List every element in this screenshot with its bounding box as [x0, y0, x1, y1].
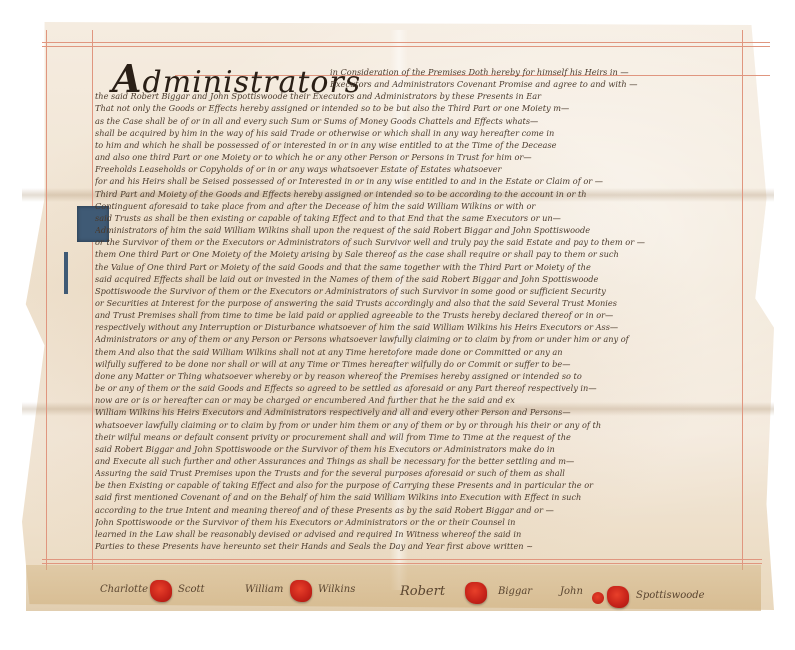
signature: Scott — [178, 584, 205, 595]
text-line: the Value of One third Part or Moiety of… — [95, 261, 735, 273]
text-line: Spottiswoode the Survivor of them or the… — [95, 285, 735, 297]
text-line: John Spottiswoode or the Survivor of the… — [95, 516, 735, 528]
text-line: for and his Heirs shall be Seised posses… — [95, 175, 735, 187]
text-line: said Trusts as shall be then existing or… — [95, 212, 735, 224]
signature: Charlotte — [100, 584, 148, 595]
text-line: Third Part and Moiety of the Goods and E… — [95, 188, 735, 200]
text-line: and Trust Premises shall from time to ti… — [95, 309, 735, 321]
signature: John — [560, 586, 583, 597]
wax-seal — [465, 582, 487, 604]
signature: Wilkins — [318, 584, 355, 595]
ruling-line-bottom — [42, 559, 762, 560]
text-line: the said Robert Biggar and John Spottisw… — [95, 90, 735, 102]
ruling-line-top — [42, 42, 770, 43]
text-line: Continguent aforesaid to take place from… — [95, 200, 735, 212]
text-line: Executors and Administrators Covenant Pr… — [95, 78, 735, 90]
text-line: Parties to these Presents have hereunto … — [95, 540, 735, 552]
text-line: That not only the Goods or Effects hereb… — [95, 102, 735, 114]
text-line: learned in the Law shall be reasonably d… — [95, 528, 735, 540]
ruling-line-right — [742, 30, 743, 570]
text-line: and also one third Part or one Moiety or… — [95, 151, 735, 163]
text-line: be or any of them or the said Goods and … — [95, 382, 735, 394]
ruling-line-top — [42, 46, 770, 47]
text-line: Administrators of him the said William W… — [95, 224, 735, 236]
text-line: Freeholds Leaseholds or Copyholds of or … — [95, 163, 735, 175]
text-line: respectively without any Interruption or… — [95, 321, 735, 333]
signature: Spottiswoode — [636, 590, 705, 601]
wax-seal — [290, 580, 312, 602]
text-line: them One third Part or One Moiety of the… — [95, 248, 735, 260]
text-line: in Consideration of the Premises Doth he… — [95, 66, 735, 78]
signature: Biggar — [498, 586, 532, 597]
ruling-line-left-margin — [92, 30, 93, 570]
text-line: or Securities at Interest for the purpos… — [95, 297, 735, 309]
text-line: to him and which he shall be possessed o… — [95, 139, 735, 151]
wax-seal — [150, 580, 172, 602]
text-line: said acquired Effects shall be laid out … — [95, 273, 735, 285]
signature: William — [245, 584, 283, 595]
text-line: William Wilkins his Heirs Executors and … — [95, 406, 735, 418]
signature: Robert — [400, 584, 445, 599]
ruling-line-bottom — [42, 563, 762, 564]
text-line: or the Survivor of them or the Executors… — [95, 236, 735, 248]
text-line: and Execute all such further and other A… — [95, 455, 735, 467]
deed-body-text: in Consideration of the Premises Doth he… — [95, 66, 735, 552]
text-line: their wilful means or default consent pr… — [95, 431, 735, 443]
text-line: them And also that the said William Wilk… — [95, 346, 735, 358]
blue-paper-strip — [64, 252, 68, 294]
text-line: be then Existing or capable of taking Ef… — [95, 479, 735, 491]
text-line: shall be acquired by him in the way of h… — [95, 127, 735, 139]
text-line: as the Case shall be of or in all and ev… — [95, 115, 735, 127]
text-line: said first mentioned Covenant of and on … — [95, 491, 735, 503]
text-line: Administrators or any of them or any Per… — [95, 333, 735, 345]
wax-seal — [607, 586, 629, 608]
text-line: according to the true Intent and meaning… — [95, 504, 735, 516]
text-line: said Robert Biggar and John Spottiswoode… — [95, 443, 735, 455]
text-line: done any Matter or Thing whatsoever wher… — [95, 370, 735, 382]
wax-seal-small — [592, 592, 604, 604]
text-line: Assuring the said Trust Premises upon th… — [95, 467, 735, 479]
text-line: wilfully suffered to be done nor shall o… — [95, 358, 735, 370]
text-line: now are or is or hereafter can or may be… — [95, 394, 735, 406]
text-line: whatsoever lawfully claiming or to claim… — [95, 419, 735, 431]
ruling-line-left — [46, 30, 47, 570]
